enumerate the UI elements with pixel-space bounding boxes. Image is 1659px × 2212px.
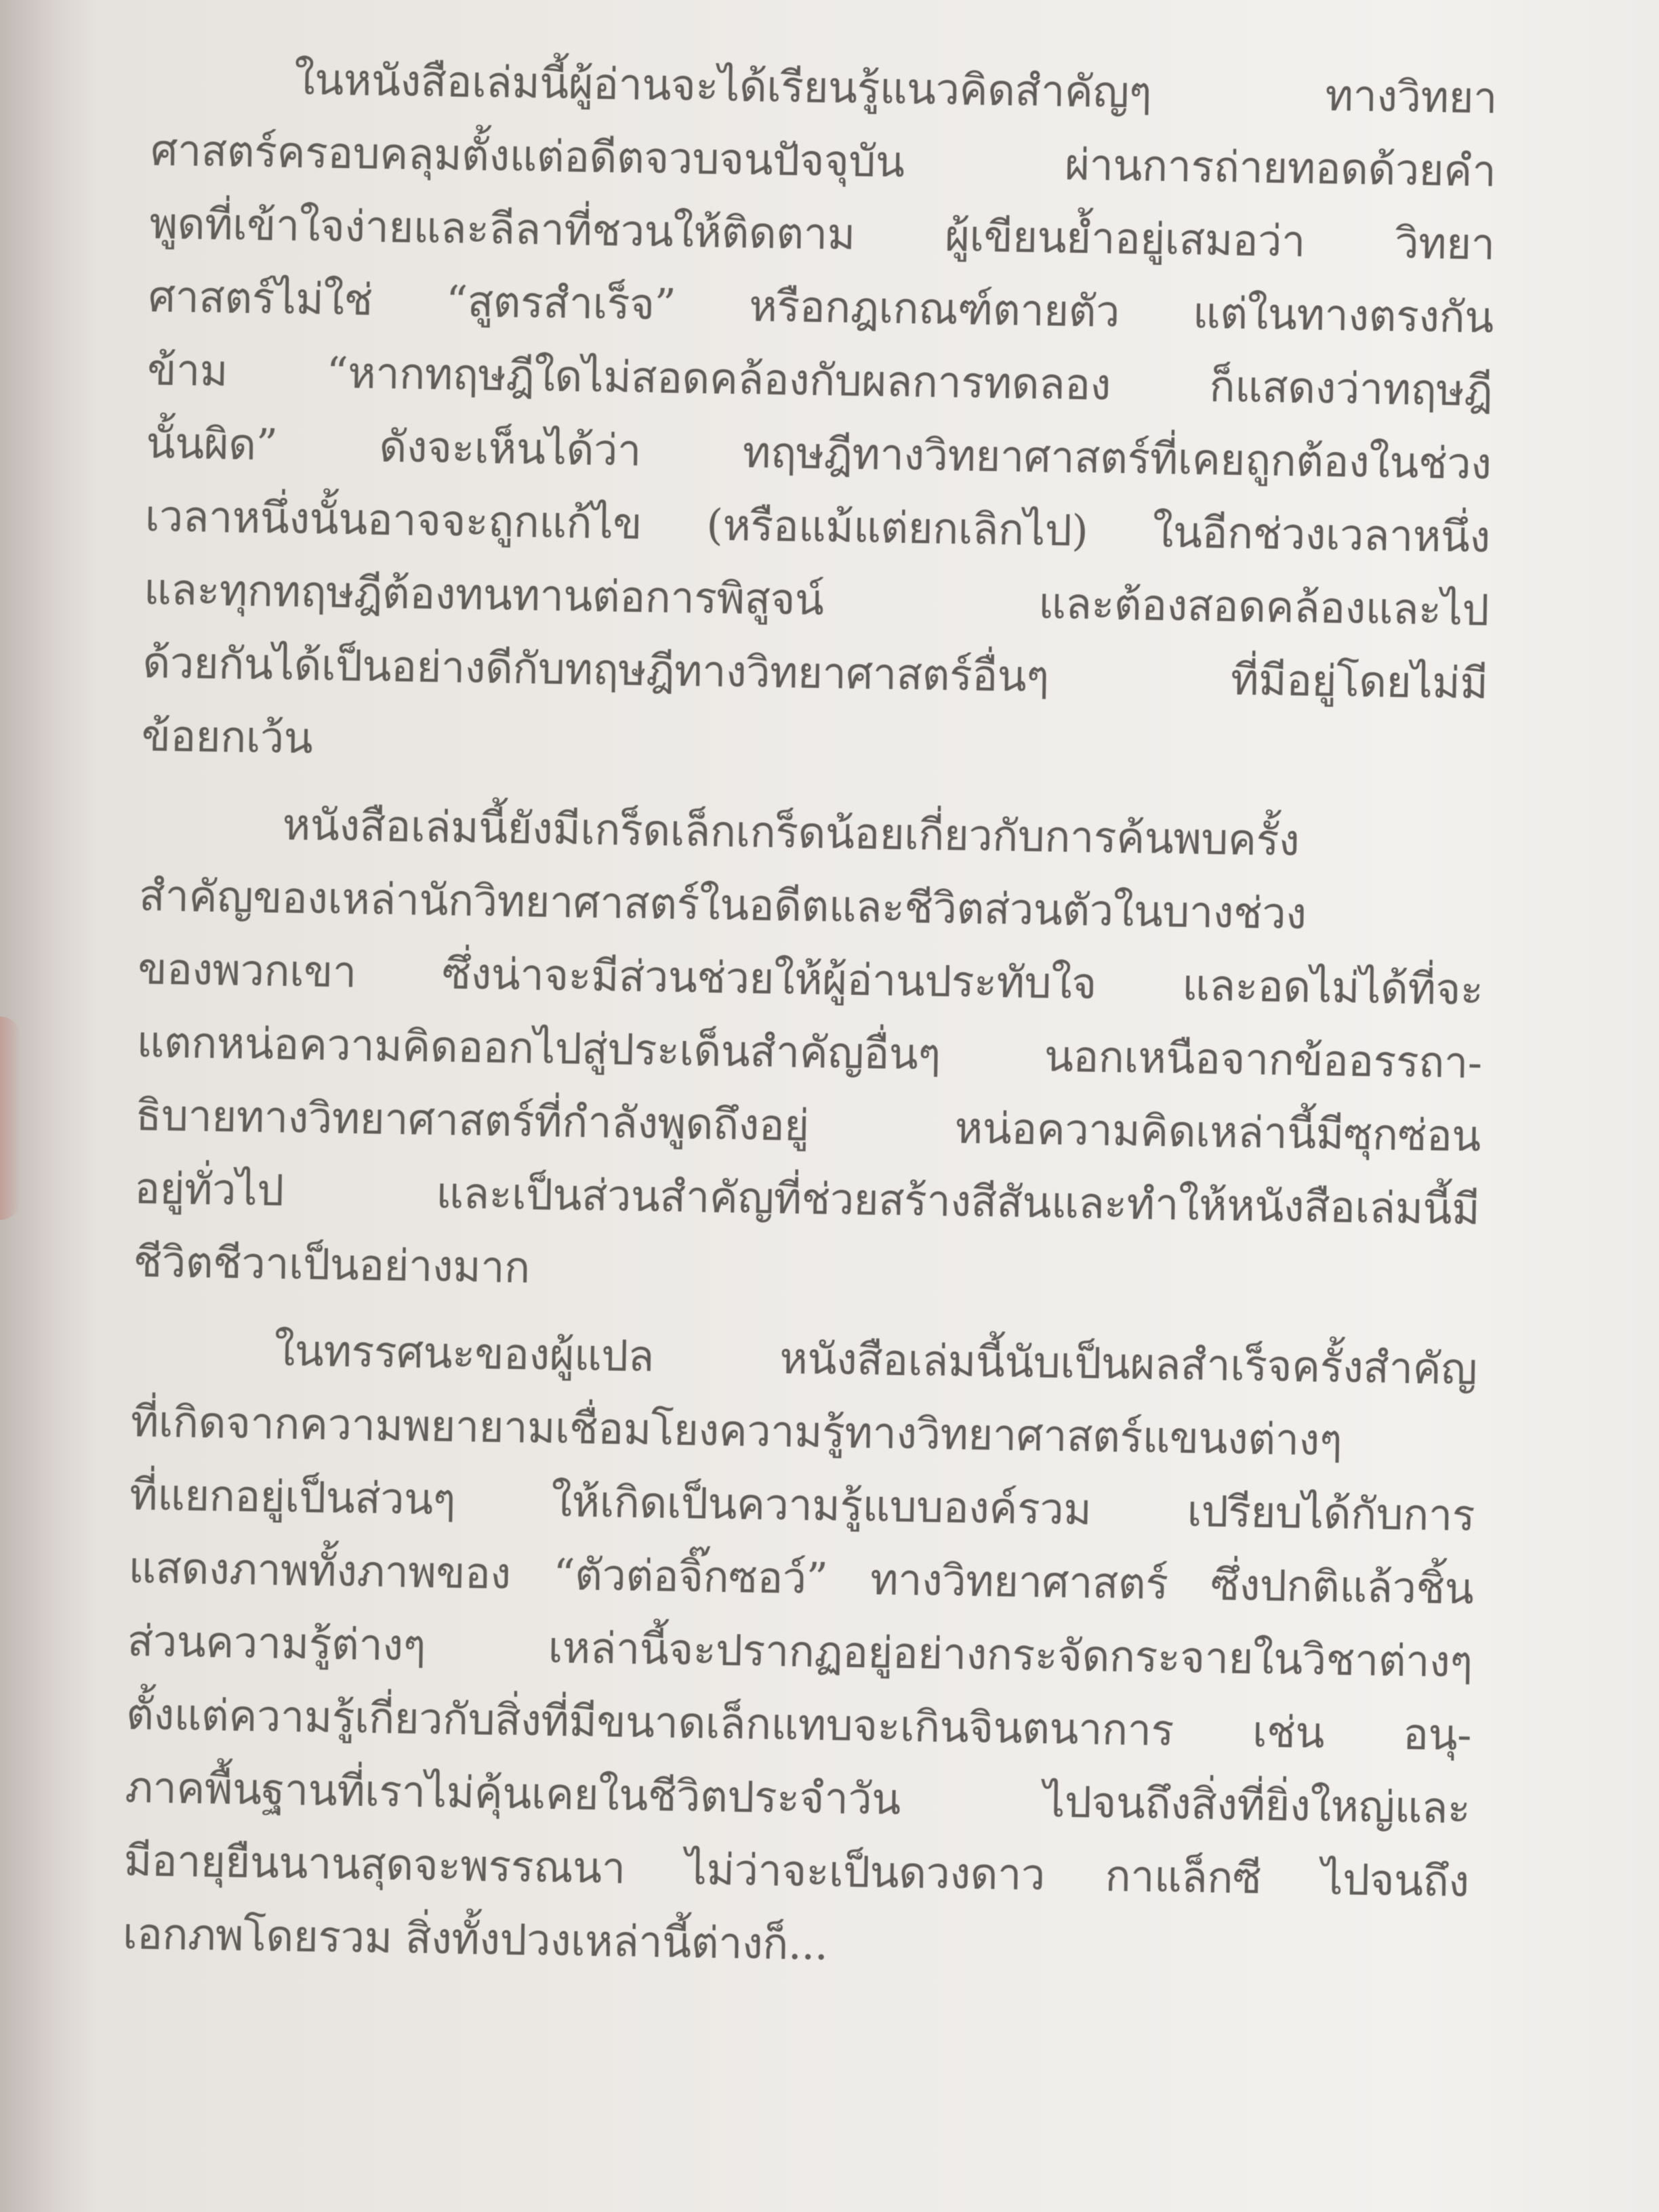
finger-edge — [0, 1017, 20, 1220]
body-text: ในหนังสือเล่มนี้ผู้อ่านจะได้เรียนรู้แนวค… — [122, 41, 1497, 1992]
paragraph-3: ในทรรศนะของผู้แปล หนังสือเล่มนี้นับเป็นผ… — [122, 1312, 1477, 1992]
book-page: ในหนังสือเล่มนี้ผู้อ่านจะได้เรียนรู้แนวค… — [0, 0, 1659, 2212]
paragraph-1: ในหนังสือเล่มนี้ผู้อ่านจะได้เรียนรู้แนวค… — [141, 41, 1498, 794]
paragraph-2: หนังสือเล่มนี้ยังมีเกร็ดเล็กเกร็ดน้อยเกี… — [133, 786, 1486, 1319]
